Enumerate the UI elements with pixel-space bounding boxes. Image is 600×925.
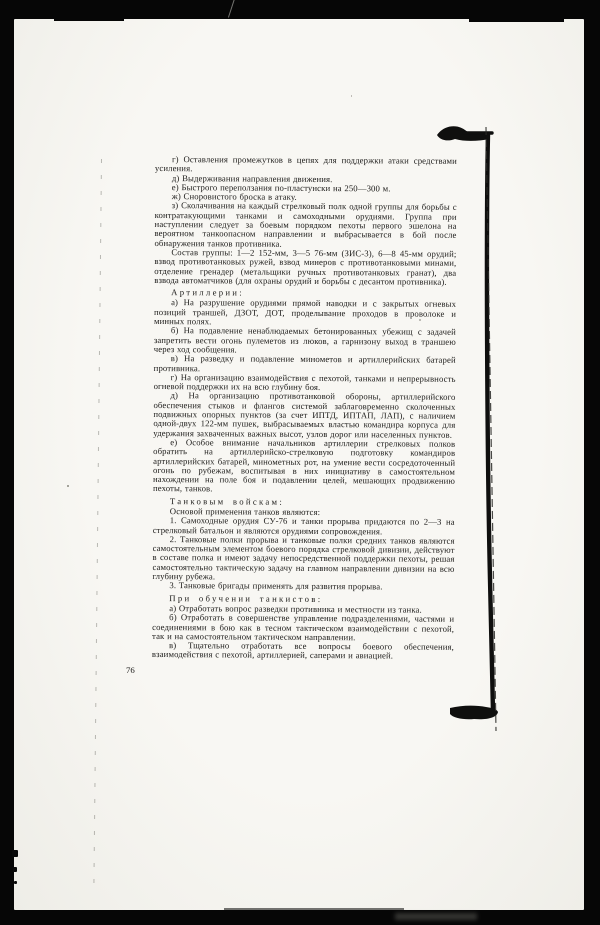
film-scratch — [228, 0, 235, 18]
frame-nick — [469, 19, 564, 22]
paragraph: Состав группы: 1—2 152-мм, 3—5 76-мм (ЗИ… — [154, 248, 456, 287]
paragraph: б) Отработать в совершенстве управление … — [152, 613, 454, 643]
edge-speck — [14, 881, 17, 884]
document-page: г) Оставления промежутков в цепях для по… — [14, 19, 584, 910]
paragraph: 2. Танковые полки прорыва и танковые пол… — [152, 535, 454, 583]
paragraph: д) На организацию противотанковой оборон… — [153, 391, 455, 439]
text-block: г) Оставления промежутков в цепях для по… — [152, 155, 457, 662]
frame-nick — [54, 19, 124, 21]
page-edge-line — [486, 127, 496, 731]
paper-speck — [351, 95, 352, 97]
edge-speck — [13, 867, 17, 872]
paragraph: б) На подавление ненаблюдаемых бетониров… — [154, 326, 456, 356]
paper-speck — [419, 319, 421, 321]
bottom-smudge — [395, 913, 477, 920]
fold-crease — [93, 159, 102, 889]
paragraph: в) Тщательно отработать все вопросы боев… — [152, 641, 454, 661]
paragraph: 3. Танковые бригады применять для развит… — [152, 581, 454, 592]
paragraph: з) Сколачивания на каждый стрелковый пол… — [154, 201, 456, 249]
edge-speck — [12, 850, 18, 857]
page-number: 76 — [126, 665, 135, 675]
paper-speck — [67, 485, 69, 487]
paragraph: а) На разрушение орудиями прямой наводки… — [154, 298, 456, 328]
paragraph: е) Особое внимание начальников артиллери… — [153, 438, 455, 496]
frame-nick — [224, 908, 404, 910]
scan-background: г) Оставления промежутков в цепях для по… — [0, 0, 600, 925]
